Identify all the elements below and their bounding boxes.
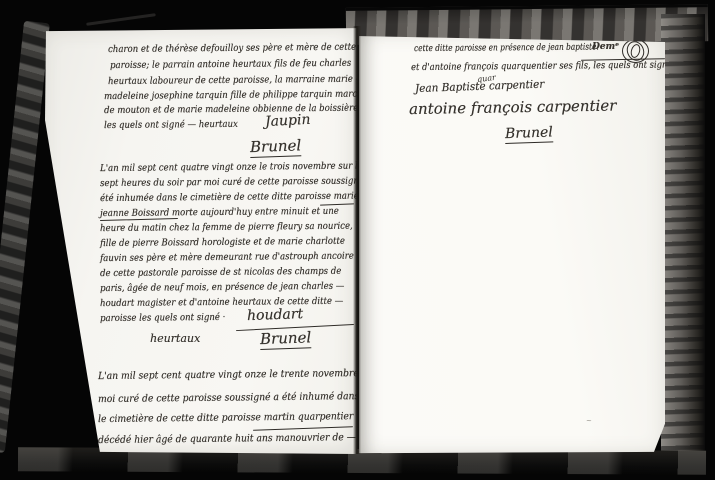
manuscript-line: paroisse les quels ont signé · <box>100 312 225 324</box>
manuscript-line: décédé hier âgé de quarante huit ans man… <box>98 432 356 446</box>
signature-taupin: Jaupin <box>265 112 311 130</box>
signature-houdart: houdart <box>247 306 304 324</box>
page-gutter <box>353 26 361 454</box>
manuscript-scan: charon et de thérèse defouilloy ses père… <box>0 0 715 480</box>
manuscript-line: charon et de thérèse defouilloy ses père… <box>108 41 376 55</box>
margin-note: Demᵉ <box>592 42 619 52</box>
manuscript-line: fille de pierre Boissard horologiste et … <box>100 236 345 249</box>
signature-brunel: Brunel <box>250 136 302 158</box>
book-left-page-block-edge <box>0 21 50 453</box>
signature-heurtaux: heurtaux <box>150 332 200 345</box>
book-binding-right-edge <box>661 14 705 466</box>
scan-corner-streak <box>86 13 156 26</box>
manuscript-line: les quels ont signé — heurtaux <box>104 119 238 131</box>
manuscript-line: moi curé de cette paroisse soussigné a é… <box>98 391 371 405</box>
manuscript-line: de cette pastorale paroisse de st nicola… <box>100 266 341 279</box>
manuscript-line: de mouton et de marie madeleine obbienne… <box>104 103 358 116</box>
signature-antoine-francois-carpentier: antoine françois carpentier <box>409 96 617 118</box>
manuscript-line: sept heures du soir par moi curé de cett… <box>100 175 372 189</box>
manuscript-line: L'an mil sept cent quatre vingt onze le … <box>100 160 367 174</box>
signature-brunel: Brunel <box>505 124 553 144</box>
left-page: charon et de thérèse defouilloy ses père… <box>38 26 357 454</box>
right-page: cette ditte paroisse en présence de jean… <box>359 34 665 454</box>
manuscript-line: heurtaux laboureur de cette paroisse, la… <box>108 74 364 87</box>
manuscript-line: houdart magister et d'antoine heurtaux d… <box>100 296 343 309</box>
manuscript-line: heure du matin chez la femme de pierre f… <box>100 221 353 234</box>
paraph-flourish-icon <box>622 39 649 63</box>
margin-pen-stroke <box>67 388 77 402</box>
signature-brunel: Brunel <box>260 328 312 350</box>
manuscript-line: jeanne Boissard morte aujourd'huy entre … <box>100 206 339 219</box>
manuscript-line: été inhumée dans le cimetière de cette d… <box>100 190 359 204</box>
manuscript-line: fauvin ses père et mère demeurant rue d'… <box>100 251 354 264</box>
manuscript-line: paroisse; le parrain antoine heurtaux fi… <box>110 58 351 71</box>
manuscript-line: L'an mil sept cent quatre vingt onze le … <box>98 368 378 382</box>
faint-ink-mark: ~ <box>586 417 592 425</box>
manuscript-line: cette ditte paroisse en présence de jean… <box>414 42 599 54</box>
manuscript-line: madeleine josephine tarquin fille de phi… <box>104 88 379 102</box>
underline-stroke-martin-quarpentier <box>253 426 353 431</box>
manuscript-line: le cimetière de cette ditte paroisse mar… <box>98 411 353 425</box>
manuscript-line: paris, âgée de neuf mois, en présence de… <box>100 281 344 294</box>
